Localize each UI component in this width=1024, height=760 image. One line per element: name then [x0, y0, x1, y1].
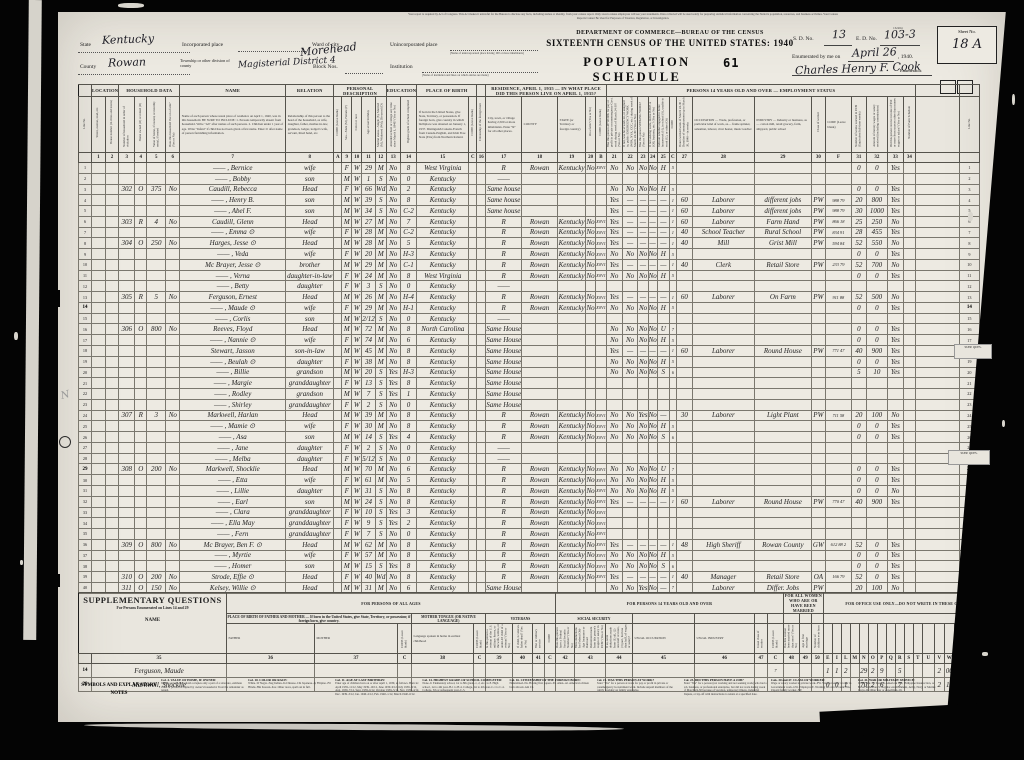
cell-e2: —: [638, 227, 648, 238]
cell-ms: M: [375, 163, 386, 174]
cell-rst: [558, 442, 586, 453]
cell-name: Stewart, Jasson: [180, 346, 286, 357]
cell-rc: R: [486, 518, 522, 529]
cell-cit: [477, 389, 486, 400]
supp-column-heading: If child, is veteran-father dead? (Yes o…: [512, 624, 532, 654]
cell-bp: Kentucky: [417, 496, 469, 507]
cell-n: 33: [79, 507, 92, 518]
cell-ra: W: [352, 163, 362, 174]
cell-rfm: No: [586, 529, 596, 540]
cell-age: 62: [362, 539, 375, 550]
cell-cb: [469, 270, 477, 281]
cell-val: [147, 259, 166, 270]
cell-sc: No: [386, 410, 400, 421]
cell-gr: 8: [400, 270, 417, 281]
cell-oc: Clerk: [692, 259, 754, 270]
cell-e2: No: [638, 464, 648, 475]
cell-n2: 15: [959, 313, 979, 324]
cell-cit: [477, 507, 486, 518]
cell-e0: No: [606, 184, 622, 195]
cell-c50: [811, 664, 823, 678]
cell-e2: [638, 453, 648, 464]
cell-gr: 1: [400, 389, 417, 400]
person-row: 29308O200NoMarkwell, ShocklieHeadMW70MNo…: [79, 464, 980, 475]
cell-e2: [638, 313, 648, 324]
column-heading: INDUSTRY — Industry or business, as— cot…: [754, 97, 811, 153]
supp-column-number: 45: [632, 654, 694, 664]
cell-n: 24: [79, 410, 92, 421]
cell-e1: —: [622, 496, 638, 507]
cell-pc: [825, 432, 851, 443]
cell-hh: [119, 507, 135, 518]
cell-gr: H-1: [400, 302, 417, 313]
cell-e2: No: [638, 335, 648, 346]
cell-blank: [915, 518, 959, 529]
cell-cl: PW: [811, 206, 825, 217]
cell-ra: W: [352, 432, 362, 443]
person-row: 27—— , JanedaughterFW2SNo0Kentucky——27: [79, 442, 980, 453]
cell-rst: [558, 367, 586, 378]
person-row: 28—— , MelbadaughterFW5/12SNo0Kentucky——…: [79, 453, 980, 464]
cell-e4: H: [657, 249, 669, 260]
cell-e1: No: [622, 485, 638, 496]
cell-cb: [469, 238, 477, 249]
cell-name: —— , Henry B.: [180, 195, 286, 206]
cell-e2: No: [638, 367, 648, 378]
note-column: Col. 10. COLOR OR RACE:White..W Negro..N…: [248, 678, 332, 722]
cell-blank: [915, 378, 959, 389]
cell-cl: [811, 453, 825, 464]
cell-rfm: [586, 453, 596, 464]
cell-age: 30: [362, 421, 375, 432]
cell-e1: No: [622, 356, 638, 367]
cell-gr: 0: [400, 442, 417, 453]
cell-age: 2/12: [362, 313, 375, 324]
cell-name: —— , Melba: [180, 453, 286, 464]
cell-e2: No: [638, 324, 648, 335]
cell-wg: 0: [866, 324, 887, 335]
note-text: Wage or salary worker in private work..P…: [771, 682, 855, 693]
cell-or: [135, 281, 147, 292]
cell-rcode: X0V1: [596, 163, 607, 174]
cell-hh: [119, 453, 135, 464]
column-number: 12: [375, 153, 386, 163]
cell-hh: [119, 399, 135, 410]
cell-cit: [477, 475, 486, 486]
cell-n: 11: [79, 270, 92, 281]
cell-street: [92, 281, 106, 292]
cell-n: 5: [79, 206, 92, 217]
cell-e0: Yes: [606, 539, 622, 550]
cell-street: [92, 313, 106, 324]
cell-e3: —: [648, 346, 657, 357]
cell-or: [135, 507, 147, 518]
cell-rst: Kentucky: [558, 292, 586, 303]
cell-age: 26: [362, 292, 375, 303]
cell-cd: [669, 410, 676, 421]
cell-pc: [825, 281, 851, 292]
cell-rel: daughter: [286, 453, 334, 464]
cell-oc: [692, 249, 754, 260]
cell-ms: S: [375, 206, 386, 217]
cell-bp: Kentucky: [417, 206, 469, 217]
column-number: 3: [119, 153, 135, 163]
cell-fs: [903, 485, 915, 496]
cell-wk: [851, 399, 866, 410]
left-margin-ink-blob-2: [46, 574, 60, 587]
cell-bp: Kentucky: [417, 442, 469, 453]
column-number: 31: [851, 153, 866, 163]
cell-e1: No: [622, 464, 638, 475]
cell-cit: [477, 442, 486, 453]
cell-n: 9: [79, 249, 92, 260]
cell-oc: [692, 313, 754, 324]
cell-cb: [469, 410, 477, 421]
cell-blank: [915, 292, 959, 303]
cell-e4: H: [657, 270, 669, 281]
cell-e0: No: [606, 561, 622, 572]
cell-rel: daughter: [286, 356, 334, 367]
cell-name: —— , Ella May: [180, 518, 286, 529]
cell-gr: 0: [400, 173, 417, 184]
cell-cit: [477, 410, 486, 421]
cell-ca: [334, 249, 342, 260]
cell-house: [105, 518, 119, 529]
cell-or: [135, 485, 147, 496]
cell-cb: [469, 324, 477, 335]
cell-ca: [334, 561, 342, 572]
cell-ra: W: [352, 281, 362, 292]
note-column: Col. 23. DID THIS PERSON HAVE A JOB?Ente…: [684, 678, 768, 722]
column-number: F: [825, 153, 851, 163]
column-heading: CODE (Leave blank): [334, 97, 342, 153]
cell-e3: [648, 399, 657, 410]
cell-e1: No: [622, 561, 638, 572]
cell-cb: [469, 464, 477, 475]
cell-cb: [469, 550, 477, 561]
cell-rc: Same House: [486, 356, 522, 367]
cell-hh: [119, 389, 135, 400]
cell-hh: 305: [119, 292, 135, 303]
cell-rcode: X0V1: [596, 302, 607, 313]
cell-e4: —: [657, 206, 669, 217]
cell-e3: No: [648, 163, 657, 174]
cell-sx: M: [342, 539, 352, 550]
cell-e1: —: [622, 539, 638, 550]
cell-gr: 8: [400, 378, 417, 389]
cell-rcode: [596, 184, 607, 195]
cell-e1: No: [622, 367, 638, 378]
cell-ms: S: [375, 389, 386, 400]
cell-hr: 60: [676, 346, 692, 357]
cell-rco: [522, 367, 558, 378]
cell-cl: [811, 442, 825, 453]
cell-e4: U: [657, 464, 669, 475]
cell-blank: [915, 356, 959, 367]
cell-e4: [657, 442, 669, 453]
cell-sx: M: [342, 195, 352, 206]
cell-bp: Kentucky: [417, 421, 469, 432]
cell-name: —— , Bernice: [180, 163, 286, 174]
cell-ca: [334, 184, 342, 195]
cell-val: [147, 367, 166, 378]
cell-gr: 6: [400, 335, 417, 346]
cell-cb: [469, 216, 477, 227]
cell-ca: [334, 410, 342, 421]
cell-name: —— , Etta: [180, 475, 286, 486]
cell-O: 2: [868, 664, 877, 678]
cell-e4: —: [657, 227, 669, 238]
cell-rfm: [586, 356, 596, 367]
cell-sc: No: [386, 421, 400, 432]
cell-ms: S: [375, 195, 386, 206]
column-group: [79, 85, 92, 97]
cell-house: [105, 270, 119, 281]
column-heading: Class of worker: [811, 97, 825, 153]
cell-rco: Rowan: [522, 464, 558, 475]
column-number: 5: [147, 153, 166, 163]
cell-e2: No: [638, 163, 648, 174]
cell-rco: [522, 346, 558, 357]
cell-name: Caudill, Glenn: [180, 216, 286, 227]
cell-fm: No: [166, 410, 180, 421]
cell-blank: [915, 561, 959, 572]
cell-rc: R: [486, 572, 522, 583]
cell-rc: R: [486, 302, 522, 313]
cell-rcode: X0V1: [596, 238, 607, 249]
cell-val: [147, 475, 166, 486]
cell-or: [135, 313, 147, 324]
cell-e1: No: [622, 324, 638, 335]
cell-rc: R: [486, 249, 522, 260]
supp-banner: FOR ALL WOMEN WHO ARE OR HAVE BEEN MARRI…: [783, 593, 823, 614]
cell-e1: [622, 313, 638, 324]
supp-column-heading: Has this woman been married more than on…: [783, 624, 799, 654]
cell-bp: Kentucky: [417, 335, 469, 346]
cell-ca: [334, 313, 342, 324]
cell-rel: Head: [286, 238, 334, 249]
cell-ot: Yes: [887, 572, 903, 583]
cell-hr: [676, 518, 692, 529]
cell-sc: No: [386, 496, 400, 507]
cell-e0: Yes: [606, 238, 622, 249]
cell-cb: [469, 195, 477, 206]
cell-rc: Same House: [486, 378, 522, 389]
supp-column-heading: Is this person a veteran of the U.S. mil…: [486, 624, 513, 654]
cell-ms: S: [375, 496, 386, 507]
cell-age: 70: [362, 464, 375, 475]
note-text: White..W Negro..Neg Indian..In Chinese..…: [248, 682, 332, 689]
cell-e1: —: [622, 572, 638, 583]
cell-house: [105, 378, 119, 389]
column-heading: Number of household in order of visitati…: [119, 97, 135, 153]
cell-wk: 0: [851, 163, 866, 174]
cell-cd: [669, 378, 676, 389]
scan-speck: [982, 652, 988, 656]
cell-in: [754, 442, 811, 453]
cell-oc: [692, 518, 754, 529]
cell-rc: R: [486, 163, 522, 174]
column-heading: CODE (Leave blank): [825, 97, 851, 153]
cell-house: [105, 421, 119, 432]
cell-street: [92, 464, 106, 475]
cell-val: 800: [147, 324, 166, 335]
supp-column-heading: Number of children ever born: [811, 624, 823, 654]
cell-age: 66: [362, 184, 375, 195]
cell-blank: [915, 206, 959, 217]
cell-house: [105, 216, 119, 227]
supp-group: [694, 614, 754, 624]
cell-hr: [676, 302, 692, 313]
cell-fs: [903, 496, 915, 507]
supp-column-number: 44: [606, 654, 633, 664]
cell-e1: No: [622, 302, 638, 313]
cell-fs: [903, 270, 915, 281]
cell-e3: No: [648, 464, 657, 475]
cell-hr: [676, 475, 692, 486]
cell-rfm: No: [586, 539, 596, 550]
cell-fs: [903, 518, 915, 529]
supp-group: [632, 614, 694, 624]
cell-wk: 28: [851, 227, 866, 238]
cell-e1: No: [622, 249, 638, 260]
column-number: 28: [692, 153, 754, 163]
cell-e2: [638, 281, 648, 292]
cell-ot: [887, 389, 903, 400]
cell-bp: Kentucky: [417, 292, 469, 303]
cell-cd: 1: [669, 238, 676, 249]
supp-group: [811, 614, 823, 624]
cell-wk: 20: [851, 410, 866, 421]
cell-rst: [558, 335, 586, 346]
cell-ca: [334, 399, 342, 410]
cell-cd: 5: [669, 270, 676, 281]
cell-in: Rowan County: [754, 539, 811, 550]
cell-U: [922, 664, 934, 678]
cell-cl: [811, 529, 825, 540]
cell-val: 250: [147, 238, 166, 249]
cell-S: [904, 664, 913, 678]
supp-group: [783, 614, 799, 624]
person-row: 30—— , EttawifeFW61MNo5KentuckyRRowanKen…: [79, 475, 980, 486]
cell-v39: [486, 664, 513, 678]
cell-cd: [669, 281, 676, 292]
cell-ca: [334, 346, 342, 357]
census-title: SIXTEENTH CENSUS OF THE UNITED STATES: 1…: [530, 38, 810, 48]
note-column: Col. 16. CITIZENSHIP OF THE FOREIGN BORN…: [509, 678, 593, 722]
cell-ca: [334, 335, 342, 346]
cell-age: 72: [362, 324, 375, 335]
cell-e1: —: [622, 346, 638, 357]
cell-e3: No: [648, 302, 657, 313]
person-row: 34—— , Ella MaygranddaughterFW9SYes2Kent…: [79, 518, 980, 529]
supp-column-number: 41: [532, 654, 544, 664]
cell-rc: Same House: [486, 335, 522, 346]
cell-ot: No: [887, 259, 903, 270]
cell-ca: [334, 216, 342, 227]
cell-fm: [166, 249, 180, 260]
person-row: 32—— , EarlsonMW24SNo8KentuckyRRowanKent…: [79, 496, 980, 507]
cell-e0: No: [606, 432, 622, 443]
sheet-label: Sheet No.: [938, 29, 996, 34]
cell-e2: —: [638, 206, 648, 217]
cell-hh: [119, 270, 135, 281]
cell-rcode: [596, 442, 607, 453]
cell-sc: No: [386, 324, 400, 335]
cell-fm: [166, 529, 180, 540]
cell-wg: 0: [866, 184, 887, 195]
cell-oc: [692, 464, 754, 475]
cell-or: O: [135, 572, 147, 583]
person-row: 7—— , Emma ⊙wifeFW28MNoC-2KentuckyRRowan…: [79, 227, 980, 238]
column-number: 1: [92, 153, 106, 163]
cell-ms: S: [375, 399, 386, 410]
cell-sc: Yes: [386, 507, 400, 518]
cell-or: [135, 163, 147, 174]
cell-ot: Yes: [887, 550, 903, 561]
column-group: PERSONS 14 YEARS OLD AND OVER — EMPLOYME…: [606, 85, 915, 97]
cell-cd: 1: [669, 496, 676, 507]
cell-age: 24: [362, 496, 375, 507]
cell-street: [92, 539, 106, 550]
supp-column-heading: [895, 624, 904, 654]
cell-ms: S: [375, 173, 386, 184]
supp-group: SOCIAL SECURITY: [555, 614, 632, 624]
cell-cd: 1: [669, 572, 676, 583]
cell-hr: 48: [676, 539, 692, 550]
cell-V: 2: [934, 664, 944, 678]
cell-ra: W: [352, 485, 362, 496]
cell-n: 34: [79, 518, 92, 529]
cell-sc: No: [386, 475, 400, 486]
cell-ot: Yes: [887, 561, 903, 572]
cell-cb: [469, 313, 477, 324]
column-number: 13: [386, 153, 400, 163]
cell-cit: [477, 529, 486, 540]
cell-cb: [469, 184, 477, 195]
cell-or: [135, 302, 147, 313]
cell-val: 200: [147, 572, 166, 583]
cell-e4: H: [657, 485, 669, 496]
person-row: 37—— , MyrtiewifeFW57MNo8KentuckyRRowanK…: [79, 550, 980, 561]
cell-fm: [166, 346, 180, 357]
cell-e1: [622, 378, 638, 389]
supp-question-tag-line14: SUPP. QUES.: [954, 344, 992, 359]
cell-age: 2: [362, 442, 375, 453]
cell-e2: No: [638, 485, 648, 496]
cell-n: 8: [79, 238, 92, 249]
cell-blank: [915, 550, 959, 561]
cell-sx: F: [342, 485, 352, 496]
cell-e4: —: [657, 346, 669, 357]
cell-ca: [334, 195, 342, 206]
cell-rco: Rowan: [522, 163, 558, 174]
cell-val: [147, 529, 166, 540]
cell-fm: [166, 421, 180, 432]
cell-blank: [915, 529, 959, 540]
cell-blank: [915, 216, 959, 227]
cell-e2: —: [638, 496, 648, 507]
cell-fm: [166, 367, 180, 378]
supp-column-heading: CODE (Leave blank): [474, 624, 486, 654]
cell-n: 25: [79, 421, 92, 432]
cell-rcode: [596, 346, 607, 357]
cell-e0: Yes: [606, 346, 622, 357]
cell-rfm: [586, 195, 596, 206]
cell-n: 37: [79, 550, 92, 561]
cell-or: [135, 529, 147, 540]
state-value: Kentucky: [102, 32, 154, 47]
